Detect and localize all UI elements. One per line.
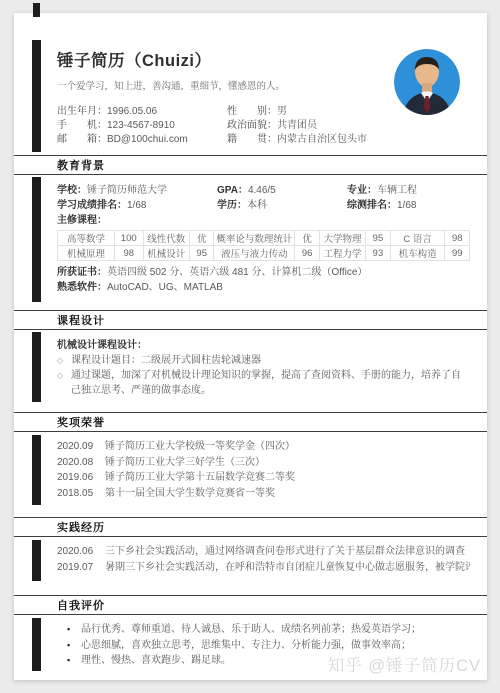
edu-gpa: GPA：4.46/5 (217, 183, 347, 198)
info-phone: 手 机：123-4567-8910 (57, 119, 227, 133)
section-band-practice: 实践经历 (14, 517, 487, 537)
edu-rank: 学习成绩排名：1/68 (57, 198, 217, 213)
accent-bar-awards (32, 435, 41, 505)
software-row: 熟悉软件：AutoCAD、UG、MATLAB (57, 280, 470, 295)
score-cell: 95 (366, 231, 390, 246)
info-gender: 性 别：男 (227, 105, 397, 119)
courses-table-row: 高等数学 100 线性代数 优 概率论与数理统计 优 大学物理 95 C 语言 … (58, 231, 470, 246)
score-cell: 优 (189, 231, 213, 246)
section-title-practice: 实践经历 (57, 519, 105, 535)
course-cell: 机械设计 (143, 246, 189, 261)
section-title-self-evaluation: 自我评价 (57, 597, 105, 613)
education-section: 学校：锤子简历师范大学 GPA：4.46/5 专业：车辆工程 学习成绩排名：1/… (14, 175, 487, 310)
info-birthdate: 出生年月：1996.05.06 (57, 105, 227, 119)
course-cell: 机车构造 (390, 246, 445, 261)
personal-info-grid: 出生年月：1996.05.06 手 机：123-4567-8910 邮 箱：BD… (57, 105, 397, 147)
square-bullet-icon: ▪ (67, 638, 81, 654)
main-courses-label: 主修课程： (57, 213, 470, 228)
section-title-education: 教育背景 (57, 157, 105, 173)
section-band-course-design: 课程设计 (14, 310, 487, 330)
course-cell: 线性代数 (143, 231, 189, 246)
list-item: ◇ 课程设计题目：二级展开式圆柱齿轮减速器 (57, 353, 470, 368)
section-band-awards: 奖项荣誉 (14, 412, 487, 432)
edu-school: 学校：锤子简历师范大学 (57, 183, 217, 198)
square-bullet-icon: ▪ (67, 622, 81, 638)
zhihu-watermark: 知乎 @锤子简历CV (328, 652, 481, 676)
list-item: ▪ 品行优秀、尊师重道、待人诚恳、乐于助人、成绩名列前茅；热爱英语学习； (57, 622, 470, 638)
award-item: 2020.08锤子简历工业大学三好学生（三次） (57, 455, 470, 471)
award-item: 2019.06锤子简历工业大学第十五届数学竞赛二等奖 (57, 470, 470, 486)
education-detail-grid: 学校：锤子简历师范大学 GPA：4.46/5 专业：车辆工程 学习成绩排名：1/… (57, 183, 470, 213)
info-hometown: 籍 贯：内蒙古自治区包头市 (227, 133, 397, 147)
edu-major: 专业：车辆工程 (347, 183, 470, 198)
square-bullet-icon: ▪ (67, 653, 81, 669)
course-cell: 大学物理 (319, 231, 365, 246)
courses-table: 高等数学 100 线性代数 优 概率论与数理统计 优 大学物理 95 C 语言 … (57, 230, 470, 261)
diamond-bullet-icon: ◇ (57, 353, 71, 368)
accent-tick (33, 3, 40, 17)
course-cell: 液压与液力传动 (214, 246, 295, 261)
section-band-education: 教育背景 (14, 155, 487, 175)
edu-overall-rank: 综测排名：1/68 (347, 198, 470, 213)
course-design-subtitle: 机械设计课程设计： (57, 338, 470, 353)
awards-section: 2020.09锤子简历工业大学校级一等奖学金（四次） 2020.08锤子简历工业… (14, 432, 487, 517)
accent-bar-self-evaluation (32, 618, 41, 671)
resume-screenshot: 锤子简历（Chuizi） 一个爱学习，知上进，善沟通，重细节，懂感恩的人。 出生… (0, 0, 500, 693)
course-design-section: 机械设计课程设计： ◇ 课程设计题目：二级展开式圆柱齿轮减速器 ◇ 通过课题，加… (14, 330, 487, 412)
profile-photo-illustration (394, 49, 460, 115)
accent-bar-education (32, 177, 41, 302)
course-cell: 机械原理 (58, 246, 115, 261)
score-cell: 98 (445, 231, 470, 246)
diamond-bullet-icon: ◇ (57, 368, 71, 398)
score-cell: 96 (295, 246, 319, 261)
accent-bar-header (32, 40, 41, 152)
list-item: ▪ 心思细腻，喜欢独立思考，思维集中、专注力、分析能力强，做事效率高； (57, 638, 470, 654)
score-cell: 99 (445, 246, 470, 261)
award-item: 2018.05第十一届全国大学生数学竞赛省一等奖 (57, 486, 470, 502)
section-title-awards: 奖项荣誉 (57, 414, 105, 430)
courses-table-row: 机械原理 98 机械设计 95 液压与液力传动 96 工程力学 93 机车构造 … (58, 246, 470, 261)
score-cell: 95 (189, 246, 213, 261)
course-cell: C 语言 (390, 231, 445, 246)
accent-bar-practice (32, 540, 41, 581)
profile-photo (394, 49, 460, 115)
practice-item: 2019.07暑期三下乡社会实践活动，在呼和浩特市自闭症儿童恢复中心做志愿服务，… (57, 560, 470, 576)
info-political-status: 政治面貌：共青团员 (227, 119, 397, 133)
course-cell: 高等数学 (58, 231, 115, 246)
certificates-row: 所获证书：英语四级 502 分、英语六级 481 分、计算机二级（Office） (57, 265, 470, 280)
practice-item: 2020.06三下乡社会实践活动，通过网络调查问卷形式进行了关于基层群众法律意识… (57, 544, 470, 560)
score-cell: 100 (114, 231, 143, 246)
section-title-course-design: 课程设计 (57, 312, 105, 328)
score-cell: 优 (295, 231, 319, 246)
award-item: 2020.09锤子简历工业大学校级一等奖学金（四次） (57, 439, 470, 455)
section-band-self-evaluation: 自我评价 (14, 595, 487, 615)
course-cell: 工程力学 (319, 246, 365, 261)
info-email: 邮 箱：BD@100chui.com (57, 133, 227, 147)
edu-degree: 学历：本科 (217, 198, 347, 213)
score-cell: 93 (366, 246, 390, 261)
list-item: ◇ 通过课题，加深了对机械设计理论知识的掌握，提高了查阅资料、手册的能力，培养了… (57, 368, 470, 398)
resume-header: 锤子简历（Chuizi） 一个爱学习，知上进，善沟通，重细节，懂感恩的人。 出生… (14, 13, 487, 155)
practice-section: 2020.06三下乡社会实践活动，通过网络调查问卷形式进行了关于基层群众法律意识… (14, 537, 487, 595)
score-cell: 98 (114, 246, 143, 261)
course-cell: 概率论与数理统计 (214, 231, 295, 246)
resume-page: 锤子简历（Chuizi） 一个爱学习，知上进，善沟通，重细节，懂感恩的人。 出生… (14, 13, 487, 680)
accent-bar-course-design (32, 332, 41, 402)
